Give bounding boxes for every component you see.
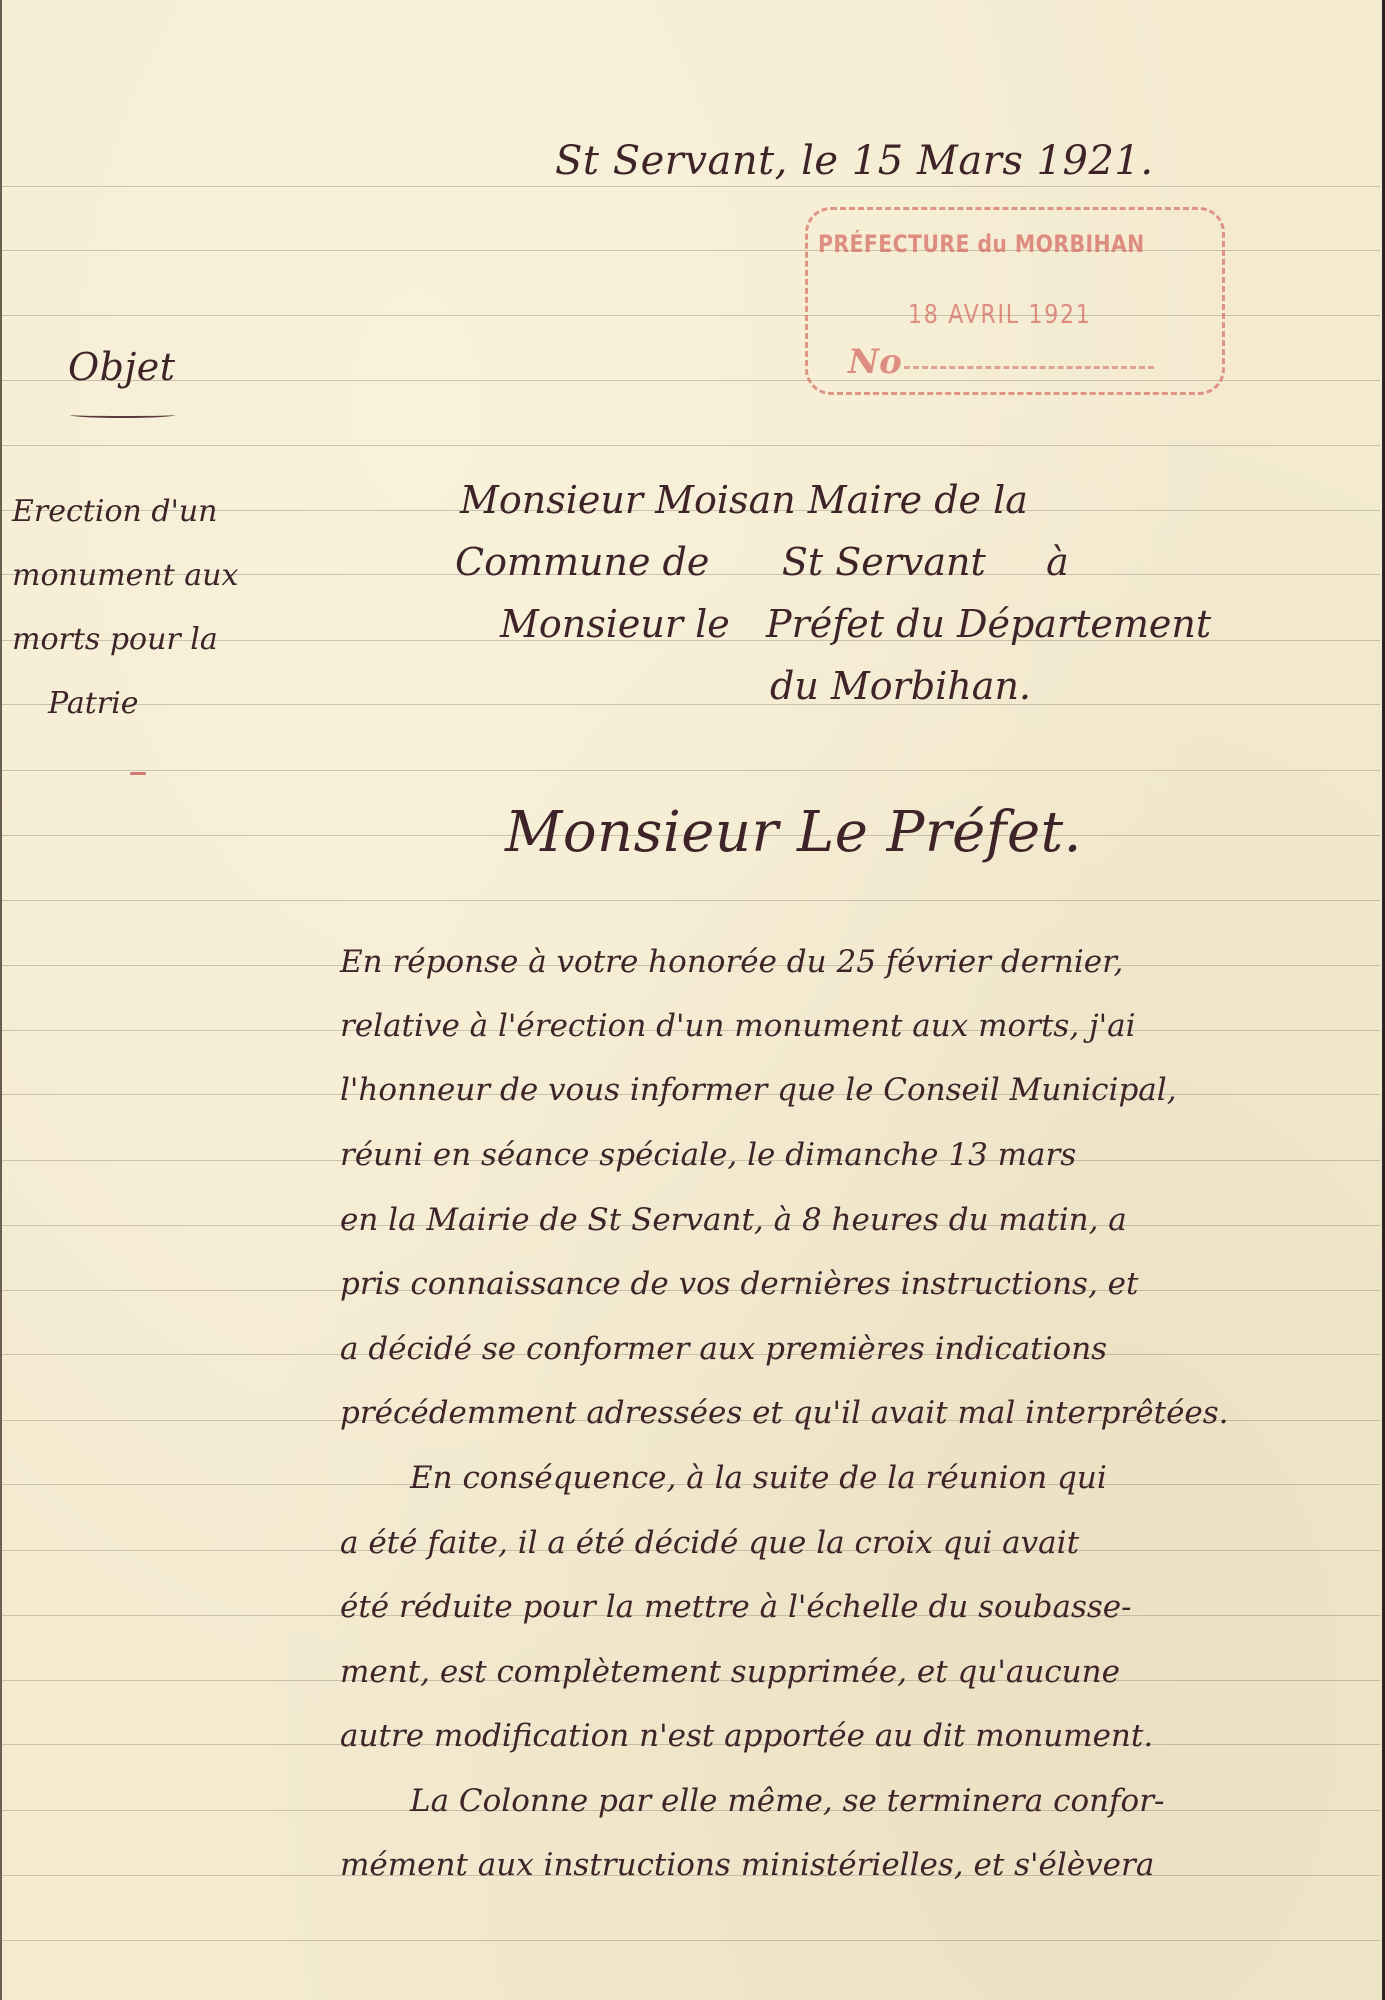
address-line: du Morbihan.	[770, 664, 1031, 708]
page-left-edge	[0, 0, 2, 2000]
body-line: en la Mairie de St Servant, à 8 heures d…	[340, 1188, 1127, 1252]
body-line: a décidé se conformer aux premières indi…	[340, 1317, 1107, 1381]
body-line: En conséquence, à la suite de la réunion…	[410, 1446, 1107, 1510]
margin-heading-underline	[70, 412, 175, 418]
body-line: réuni en séance spéciale, le dimanche 13…	[340, 1123, 1076, 1187]
stamp-number-field: No	[848, 342, 1154, 382]
body-line: En réponse à votre honorée du 25 février…	[340, 930, 1123, 994]
stamp-prefecture-text: PRÉFECTURE du MORBIHAN	[818, 230, 1145, 258]
margin-subject: Erection d'un monument aux morts pour la…	[12, 480, 282, 736]
body-line: été réduite pour la mettre à l'échelle d…	[340, 1575, 1132, 1639]
body-line: relative à l'érection d'un monument aux …	[340, 994, 1136, 1058]
address-line: Monsieur le Préfet du Département	[500, 602, 1211, 646]
margin-subject-line: Patrie	[12, 672, 282, 736]
body-line: précédemment adressées et qu'il avait ma…	[340, 1381, 1229, 1445]
body-line: pris connaissance de vos dernières instr…	[340, 1252, 1138, 1316]
margin-subject-line: morts pour la	[12, 608, 282, 672]
document-page: { "document": { "type": "handwritten let…	[0, 0, 1385, 2000]
address-line: Commune de St Servant à	[455, 540, 1069, 584]
body-line: autre modification n'est apportée au dit…	[340, 1704, 1153, 1768]
stamp-date-text: 18 AVRIL 1921	[908, 300, 1092, 330]
body-line: La Colonne par elle même, se terminera c…	[410, 1769, 1165, 1833]
salutation: Monsieur Le Préfet.	[505, 800, 1082, 865]
margin-subject-line: Erection d'un	[12, 480, 282, 544]
stamp-number-label: No	[848, 342, 902, 382]
margin-subject-line: monument aux	[12, 544, 282, 608]
address-line: Monsieur Moisan Maire de la	[460, 478, 1028, 522]
margin-heading-objet: Objet	[68, 345, 176, 389]
stamp-number-blank	[904, 366, 1154, 369]
prefecture-received-stamp: PRÉFECTURE du MORBIHAN 18 AVRIL 1921 No	[805, 207, 1225, 395]
margin-red-tick	[130, 772, 146, 775]
place-date: St Servant, le 15 Mars 1921.	[555, 138, 1154, 184]
body-line: a été faite, il a été décidé que la croi…	[340, 1511, 1079, 1575]
body-line: mément aux instructions ministérielles, …	[340, 1833, 1154, 1897]
body-line: l'honneur de vous informer que le Consei…	[340, 1058, 1177, 1122]
body-line: ment, est complètement supprimée, et qu'…	[340, 1640, 1120, 1704]
